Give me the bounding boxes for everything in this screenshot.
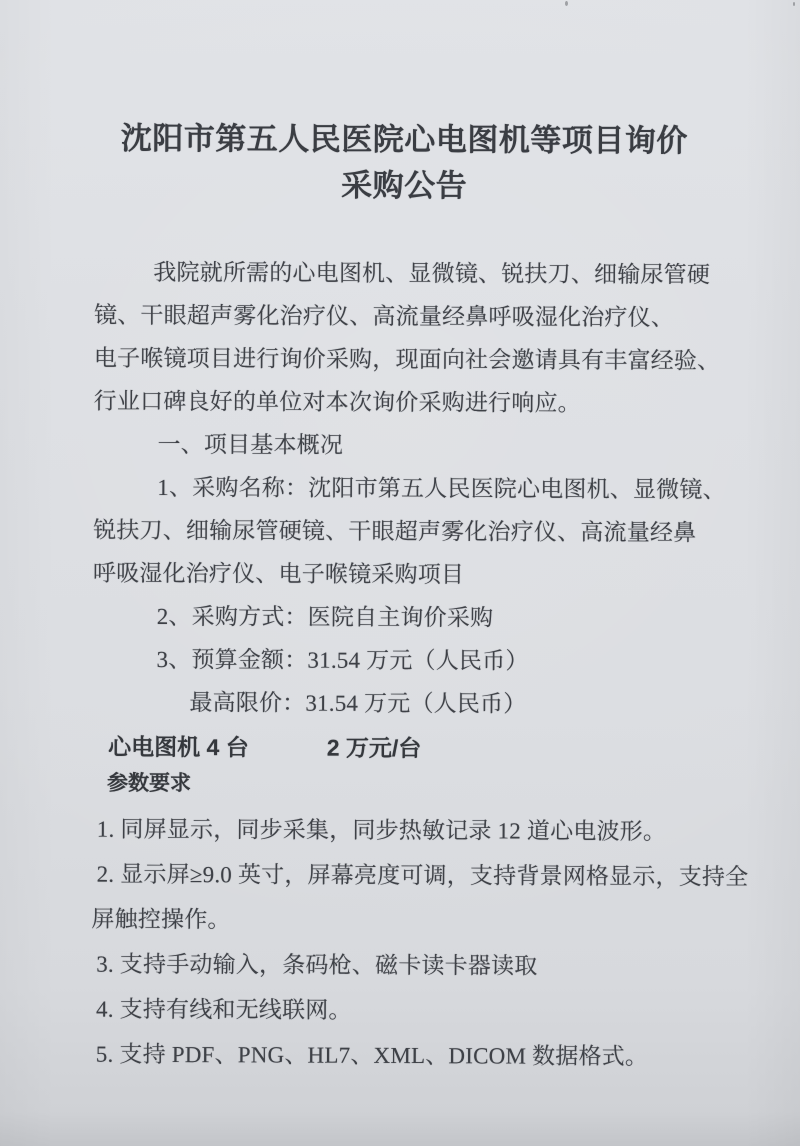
intro-line: 我院就所需的心电图机、显微镜、锐扶刀、细输尿管硬 xyxy=(153,251,713,296)
equipment-line: 心电图机 4 台2 万元/台 xyxy=(108,731,711,767)
param-item: 5. 支持 PDF、PNG、HL7、XML、DICOM 数据格式。 xyxy=(96,1032,710,1080)
document-page: 沈阳市第五人民医院心电图机等项目询价 采购公告 我院就所需的心电图机、显微镜、锐… xyxy=(0,0,800,1146)
section-heading: 一、项目基本概况 xyxy=(157,423,712,468)
param-item: 1. 同屏显示，同步采集，同步热敏记录 12 道心电波形。 xyxy=(97,807,711,855)
intro-line: 行业口碑良好的单位对本次询价采购进行响应。 xyxy=(94,380,713,426)
title-line-2: 采购公告 xyxy=(95,162,714,211)
overview-name-line: 呼吸湿化治疗仪、电子喉镜采购项目 xyxy=(93,552,712,598)
overview-budget: 3、预算金额：31.54 万元（人民币） xyxy=(156,638,711,683)
params-heading: 参数要求 xyxy=(107,768,711,803)
overview-name-line: 1、采购名称：沈阳市第五人民医院心电图机、显微镜、 xyxy=(157,466,712,511)
param-item: 4. 支持有线和无线联网。 xyxy=(96,987,710,1035)
params-list: 1. 同屏显示，同步采集，同步热敏记录 12 道心电波形。 2. 显示屏≥9.0… xyxy=(91,807,711,1080)
param-item: 2. 显示屏≥9.0 英寸，屏幕亮度可调，支持背景网格显示，支持全 xyxy=(97,852,711,900)
param-item: 3. 支持手动输入，条码枪、磁卡读卡器读取 xyxy=(96,942,710,990)
intro-line: 镜、干眼超声雾化治疗仪、高流量经鼻呼吸湿化治疗仪、 xyxy=(94,294,713,340)
section-overview: 一、项目基本概况 1、采购名称：沈阳市第五人民医院心电图机、显微镜、 锐扶刀、细… xyxy=(92,423,712,727)
equipment-name-qty: 心电图机 4 台 xyxy=(108,734,249,761)
overview-price-cap: 最高限价：31.54 万元（人民币） xyxy=(189,681,711,726)
overview-name-line: 锐扶刀、细输尿管硬镜、干眼超声雾化治疗仪、高流量经鼻 xyxy=(93,509,712,555)
document-title: 沈阳市第五人民医院心电图机等项目询价 采购公告 xyxy=(95,116,714,211)
document-photo: 沈阳市第五人民医院心电图机等项目询价 采购公告 我院就所需的心电图机、显微镜、锐… xyxy=(0,0,800,1146)
param-item-continuation: 屏触控操作。 xyxy=(91,897,710,945)
intro-paragraph: 我院就所需的心电图机、显微镜、锐扶刀、细输尿管硬 镜、干眼超声雾化治疗仪、高流量… xyxy=(94,251,714,426)
title-line-1: 沈阳市第五人民医院心电图机等项目询价 xyxy=(95,116,714,165)
overview-method: 2、采购方式：医院自主询价采购 xyxy=(157,595,712,640)
intro-line: 电子喉镜项目进行询价采购，现面向社会邀请具有丰富经验、 xyxy=(94,337,713,383)
equipment-unit-price: 2 万元/台 xyxy=(327,735,422,761)
